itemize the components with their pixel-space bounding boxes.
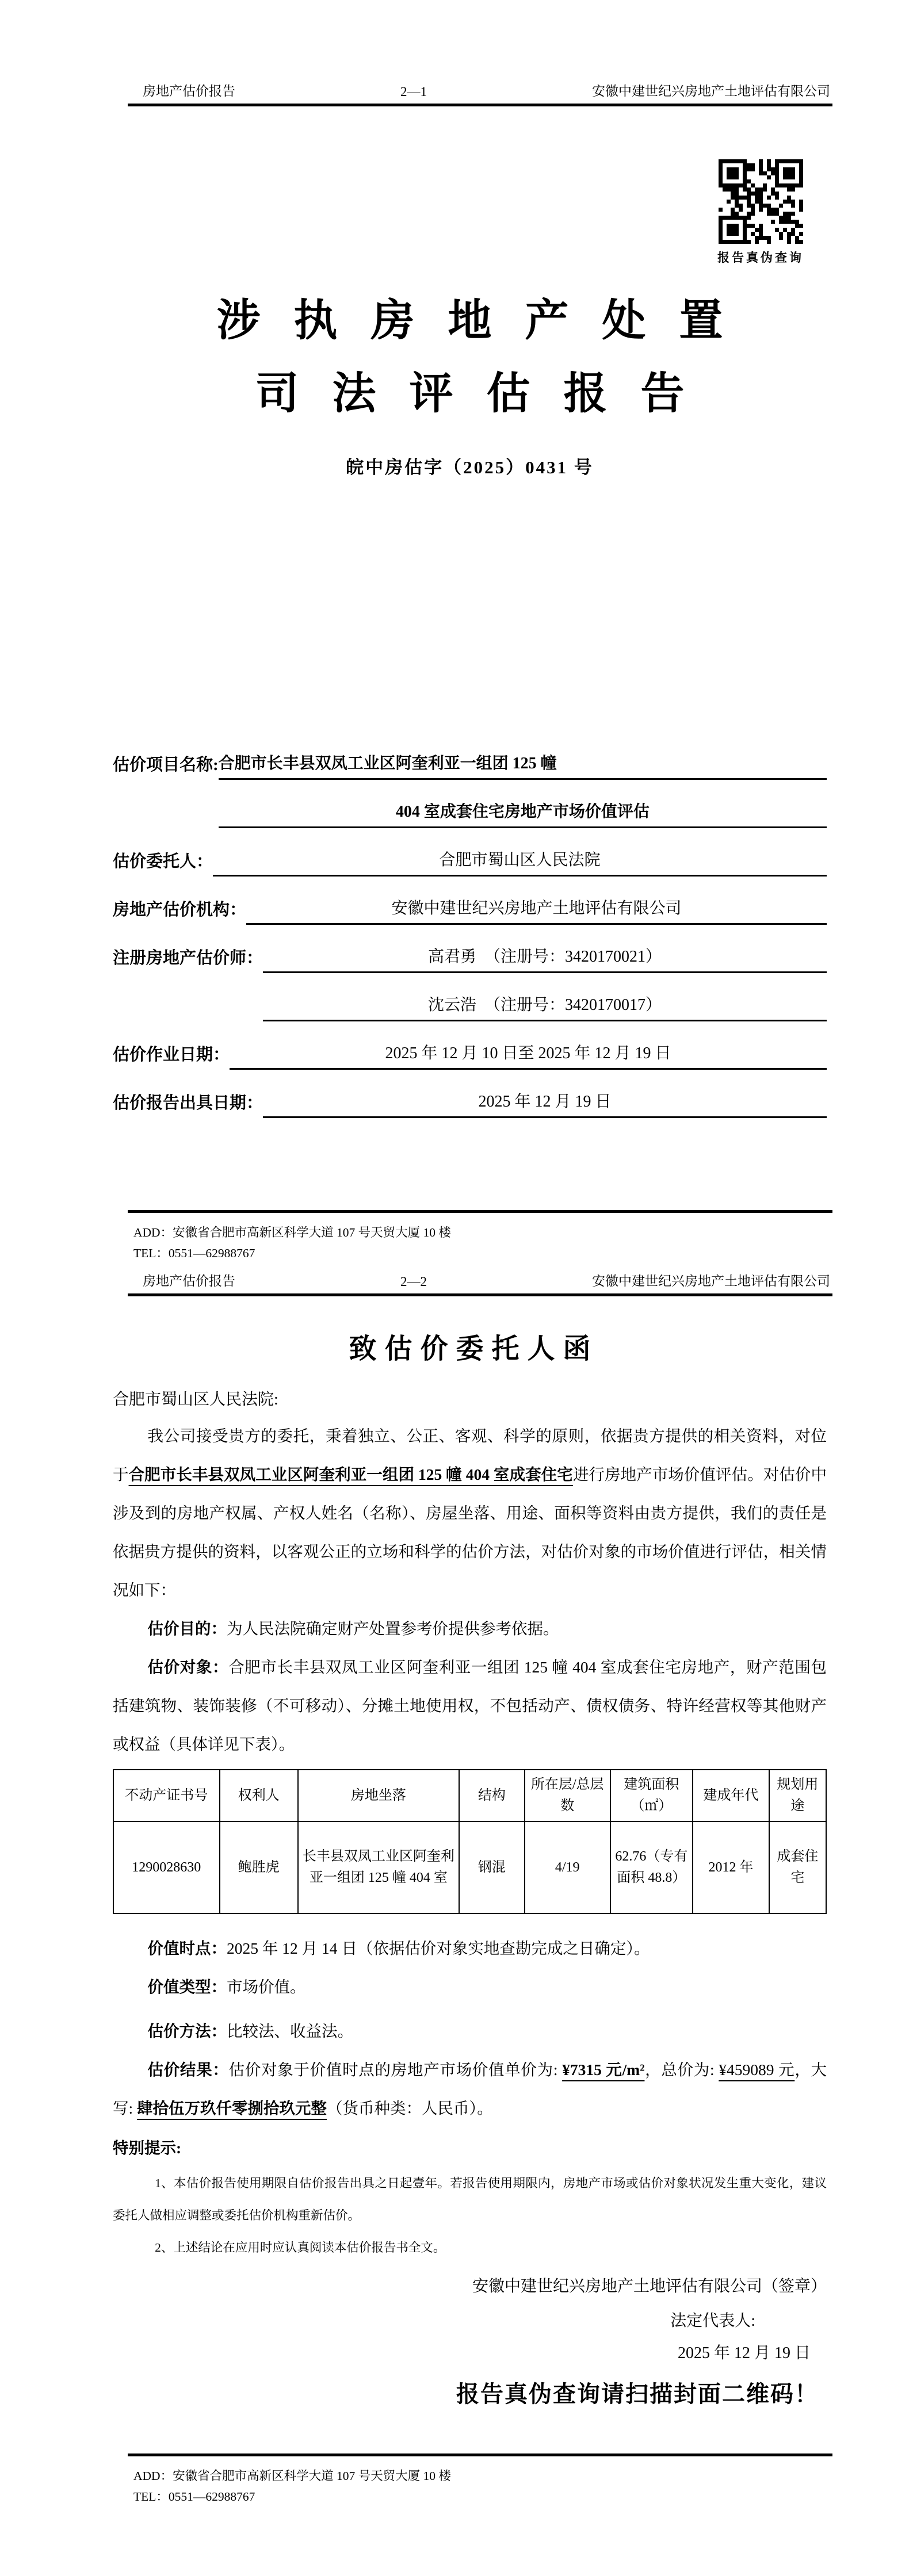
special-notice-label: 特别提示: <box>113 2129 827 2167</box>
form-row-project-2: 估价项目名称: 404 室成套住宅房地产市场价值评估 <box>113 780 827 828</box>
value-type-paragraph: 价值类型：市场价值。 <box>113 1968 827 2006</box>
header-page-number: 2—1 <box>400 85 427 99</box>
appraiser-2-value: 沈云浩 （注册号：3420170017） <box>263 992 827 1021</box>
agency-value: 安徽中建世纪兴房地产土地评估有限公司 <box>246 895 827 925</box>
col-location: 房地坐落 <box>298 1770 459 1821</box>
report-cover-page: 房地产估价报告 2—1 安徽中建世纪兴房地产土地评估有限公司 报告真伪查询 涉执… <box>0 0 913 1264</box>
header-company-name: 安徽中建世纪兴房地产土地评估有限公司 <box>592 81 830 99</box>
signature-company: 安徽中建世纪兴房地产土地评估有限公司（签章） <box>113 2268 827 2305</box>
page-footer: ADD：安徽省合肥市高新区科学大道 107 号天贸大厦 10 楼 TEL：055… <box>128 2453 832 2507</box>
letter-page: 房地产估价报告 2—2 安徽中建世纪兴房地产土地评估有限公司 致估价委托人函 合… <box>0 1264 913 2576</box>
col-area: 建筑面积（㎡） <box>610 1770 693 1821</box>
cell-certificate-no: 1290028630 <box>113 1821 220 1913</box>
object-label: 估价对象： <box>148 1658 229 1676</box>
result-amount-in-words: 肆拾伍万玖仟零捌拾玖元整 <box>137 2099 327 2117</box>
cell-planned-use: 成套住宅 <box>769 1821 826 1913</box>
scan-qr-notice: 报告真伪查询请扫描封面二维码！ <box>113 2378 827 2411</box>
intro-paragraph: 我公司接受贵方的委托，秉着独立、公正、客观、科学的原则，依据贵方提供的相关资料，… <box>113 1417 827 1609</box>
form-row-client: 估价委托人： 合肥市蜀山区人民法院 <box>113 828 827 876</box>
value-time-paragraph: 价值时点：2025 年 12 月 14 日（依据估价对象实地查勘完成之日确定）。 <box>113 1929 827 1968</box>
form-row-work-date: 估价作业日期： 2025 年 12 月 10 日至 2025 年 12 月 19… <box>113 1021 827 1070</box>
cover-form: 估价项目名称: 合肥市长丰县双凤工业区阿奎利亚一组团 125 幢 估价项目名称:… <box>113 732 827 1118</box>
footer-telephone: TEL：0551—62988767 <box>133 2486 832 2507</box>
appraiser-label: 注册房地产估价师： <box>113 945 263 973</box>
report-title-line1: 涉执房地产处置 <box>113 294 827 348</box>
method-paragraph: 估价方法：比较法、收益法。 <box>113 2012 827 2050</box>
col-structure: 结构 <box>459 1770 525 1821</box>
method-label: 估价方法： <box>148 2022 227 2040</box>
header-page-number: 2—2 <box>400 1274 427 1289</box>
page-header: 房地产估价报告 2—2 安徽中建世纪兴房地产土地评估有限公司 <box>128 1270 832 1296</box>
footer-address: ADD：安徽省合肥市高新区科学大道 107 号天贸大厦 10 楼 <box>133 1222 832 1243</box>
property-table: 不动产证书号 权利人 房地坐落 结构 所在层/总层数 建筑面积（㎡） 建成年代 … <box>113 1769 827 1914</box>
result-total-price: ¥459089 元 <box>719 2061 794 2079</box>
appraiser-1-value: 高君勇 （注册号：3420170021） <box>263 944 827 973</box>
work-date-label: 估价作业日期： <box>113 1042 230 1070</box>
signature-legal-representative: 法定代表人: <box>113 2305 827 2337</box>
form-row-appraiser-2: 注册房地产估价师： 沈云浩 （注册号：3420170017） <box>113 973 827 1021</box>
form-row-project: 估价项目名称: 合肥市长丰县双凤工业区阿奎利亚一组团 125 幢 <box>113 732 827 780</box>
footer-address: ADD：安徽省合肥市高新区科学大道 107 号天贸大厦 10 楼 <box>133 2466 832 2486</box>
intro-highlighted-address: 合肥市长丰县双凤工业区阿奎利亚一组团 125 幢 404 室成套住宅 <box>129 1465 573 1483</box>
client-value: 合肥市蜀山区人民法院 <box>213 847 827 876</box>
issue-date-value: 2025 年 12 月 19 日 <box>263 1089 827 1118</box>
value-time-label: 价值时点： <box>148 1939 227 1957</box>
form-row-agency: 房地产估价机构： 安徽中建世纪兴房地产土地评估有限公司 <box>113 876 827 925</box>
report-number: 皖中房估字（2025）0431 号 <box>113 453 827 479</box>
purpose-paragraph: 估价目的：为人民法院确定财产处置参考价提供参考依据。 <box>113 1609 827 1648</box>
qr-block: 报告真伪查询 <box>709 159 812 266</box>
cell-location: 长丰县双凤工业区阿奎利亚一组团 125 幢 404 室 <box>298 1821 459 1913</box>
property-table-row: 1290028630 鲍胜虎 长丰县双凤工业区阿奎利亚一组团 125 幢 404… <box>113 1821 826 1913</box>
result-label: 估价结果： <box>148 2061 229 2079</box>
form-row-appraiser-1: 注册房地产估价师： 高君勇 （注册号：3420170021） <box>113 925 827 973</box>
result-paragraph: 估价结果：估价对象于价值时点的房地产市场价值单价为: ¥7315 元/m²，总价… <box>113 2050 827 2127</box>
signature-date: 2025 年 12 月 19 日 <box>113 2337 827 2370</box>
result-unit-price: ¥7315 元/m² <box>562 2061 644 2079</box>
col-year-built: 建成年代 <box>693 1770 769 1821</box>
client-label: 估价委托人： <box>113 848 213 876</box>
page-header: 房地产估价报告 2—1 安徽中建世纪兴房地产土地评估有限公司 <box>128 81 832 106</box>
letter-title: 致估价委托人函 <box>113 1326 827 1366</box>
header-company-name: 安徽中建世纪兴房地产土地评估有限公司 <box>592 1270 830 1289</box>
special-note-2: 2、上述结论在应用时应认真阅读本估价报告书全文。 <box>113 2231 827 2264</box>
footer-telephone: TEL：0551—62988767 <box>133 1243 832 1264</box>
special-note-1: 1、本估价报告使用期限自估价报告出具之日起壹年。若报告使用期限内，房地产市场或估… <box>113 2167 827 2231</box>
col-floor: 所在层/总层数 <box>525 1770 610 1821</box>
page-footer: ADD：安徽省合肥市高新区科学大道 107 号天贸大厦 10 楼 TEL：055… <box>128 1210 832 1264</box>
project-name-value-line2: 404 室成套住宅房地产市场价值评估 <box>219 799 827 828</box>
col-planned-use: 规划用途 <box>769 1770 826 1821</box>
object-paragraph: 估价对象：合肥市长丰县双凤工业区阿奎利亚一组团 125 幢 404 室成套住宅房… <box>113 1648 827 1763</box>
cell-area: 62.76（专有面积 48.8） <box>610 1821 693 1913</box>
col-certificate-no: 不动产证书号 <box>113 1770 220 1821</box>
qr-caption: 报告真伪查询 <box>709 248 812 266</box>
project-name-label: 估价项目名称: <box>113 752 219 780</box>
project-name-value-line1: 合肥市长丰县双凤工业区阿奎利亚一组团 125 幢 <box>219 751 827 780</box>
col-right-holder: 权利人 <box>220 1770 298 1821</box>
form-row-issue-date: 估价报告出具日期： 2025 年 12 月 19 日 <box>113 1070 827 1118</box>
cell-floor: 4/19 <box>525 1821 610 1913</box>
issue-date-label: 估价报告出具日期： <box>113 1090 263 1118</box>
cell-structure: 钢混 <box>459 1821 525 1913</box>
agency-label: 房地产估价机构： <box>113 897 246 925</box>
qr-code <box>719 159 803 244</box>
property-table-header-row: 不动产证书号 权利人 房地坐落 结构 所在层/总层数 建筑面积（㎡） 建成年代 … <box>113 1770 826 1821</box>
cell-right-holder: 鲍胜虎 <box>220 1821 298 1913</box>
header-doc-type: 房地产估价报告 <box>143 81 235 99</box>
report-title-line2: 司法评估报告 <box>113 368 827 421</box>
header-doc-type: 房地产估价报告 <box>143 1270 235 1289</box>
work-date-value: 2025 年 12 月 10 日至 2025 年 12 月 19 日 <box>230 1040 827 1070</box>
cell-year-built: 2012 年 <box>693 1821 769 1913</box>
letter-salutation: 合肥市蜀山区人民法院: <box>113 1387 827 1410</box>
purpose-label: 估价目的： <box>148 1620 227 1637</box>
value-type-label: 价值类型： <box>148 1978 227 1996</box>
